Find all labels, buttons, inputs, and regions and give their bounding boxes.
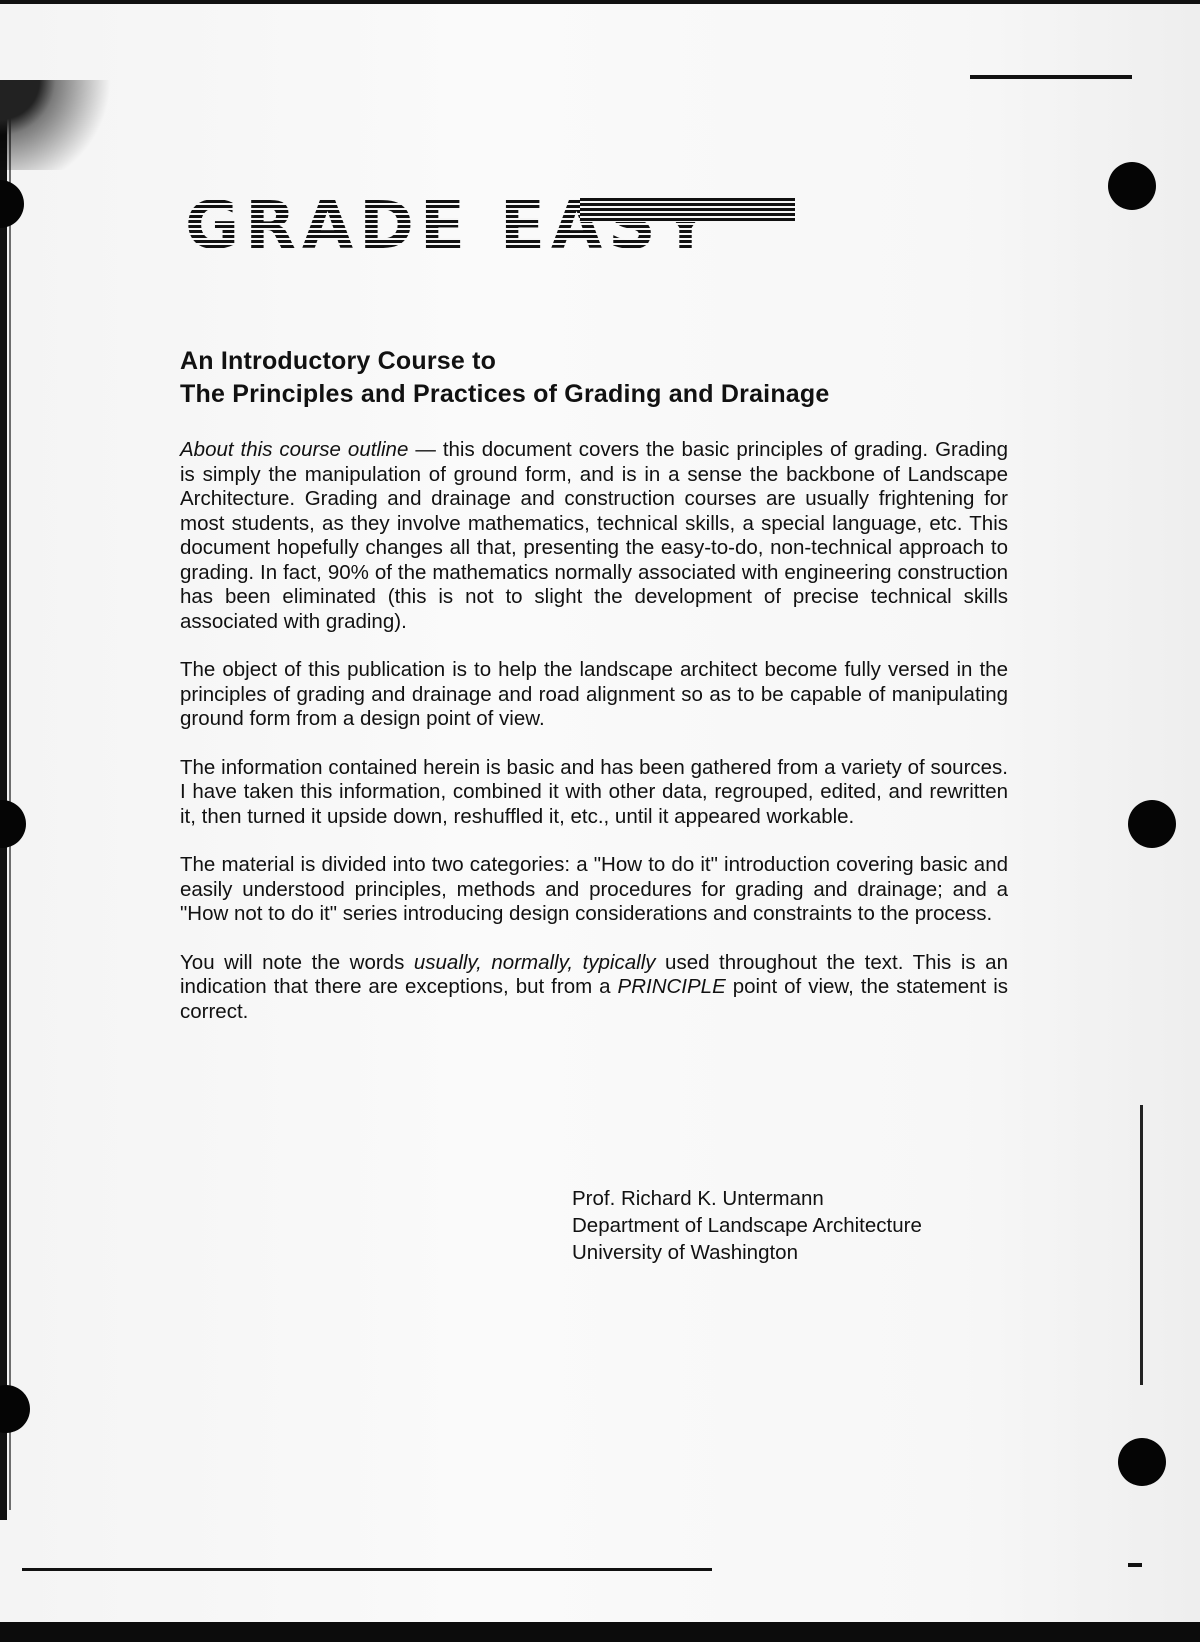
- scan-rule-bottom: [22, 1568, 712, 1571]
- body-text: About this course outline — this documen…: [180, 438, 1008, 1048]
- logo-stripe-tail: [580, 198, 795, 222]
- author-department: Department of Landscape Architecture: [572, 1212, 922, 1239]
- title-line-1: An Introductory Course to: [180, 345, 1020, 378]
- scan-edge-top: [0, 0, 1200, 4]
- signature-block: Prof. Richard K. Untermann Department of…: [572, 1185, 922, 1266]
- toner-speckle: [0, 80, 130, 170]
- punch-hole-icon: [0, 180, 24, 228]
- punch-hole-icon: [1128, 800, 1176, 848]
- scan-rule-top: [970, 75, 1132, 79]
- scanned-page: GRADE EASY An Introductory Course to The…: [0, 0, 1200, 1642]
- scan-rule-right: [1140, 1105, 1143, 1385]
- scan-edge-bottom: [0, 1622, 1200, 1642]
- punch-hole-icon: [0, 800, 26, 848]
- grade-easy-logo: GRADE EASY: [185, 190, 795, 262]
- document-title: An Introductory Course to The Principles…: [180, 345, 1020, 411]
- author-university: University of Washington: [572, 1239, 922, 1266]
- paragraph-intro: About this course outline — this documen…: [180, 438, 1008, 634]
- paragraph-information: The information contained herein is basi…: [180, 756, 1008, 830]
- intro-lead: About this course outline: [180, 438, 408, 461]
- paragraph-note: You will note the words usually, normall…: [180, 951, 1008, 1025]
- paragraph-material: The material is divided into two categor…: [180, 853, 1008, 927]
- author-name: Prof. Richard K. Untermann: [572, 1185, 922, 1212]
- paragraph-object: The object of this publication is to hel…: [180, 658, 1008, 732]
- punch-hole-icon: [1108, 162, 1156, 210]
- punch-hole-icon: [1118, 1438, 1166, 1486]
- scan-mark: [1128, 1563, 1142, 1567]
- title-line-2: The Principles and Practices of Grading …: [180, 378, 1020, 411]
- punch-hole-icon: [0, 1385, 30, 1433]
